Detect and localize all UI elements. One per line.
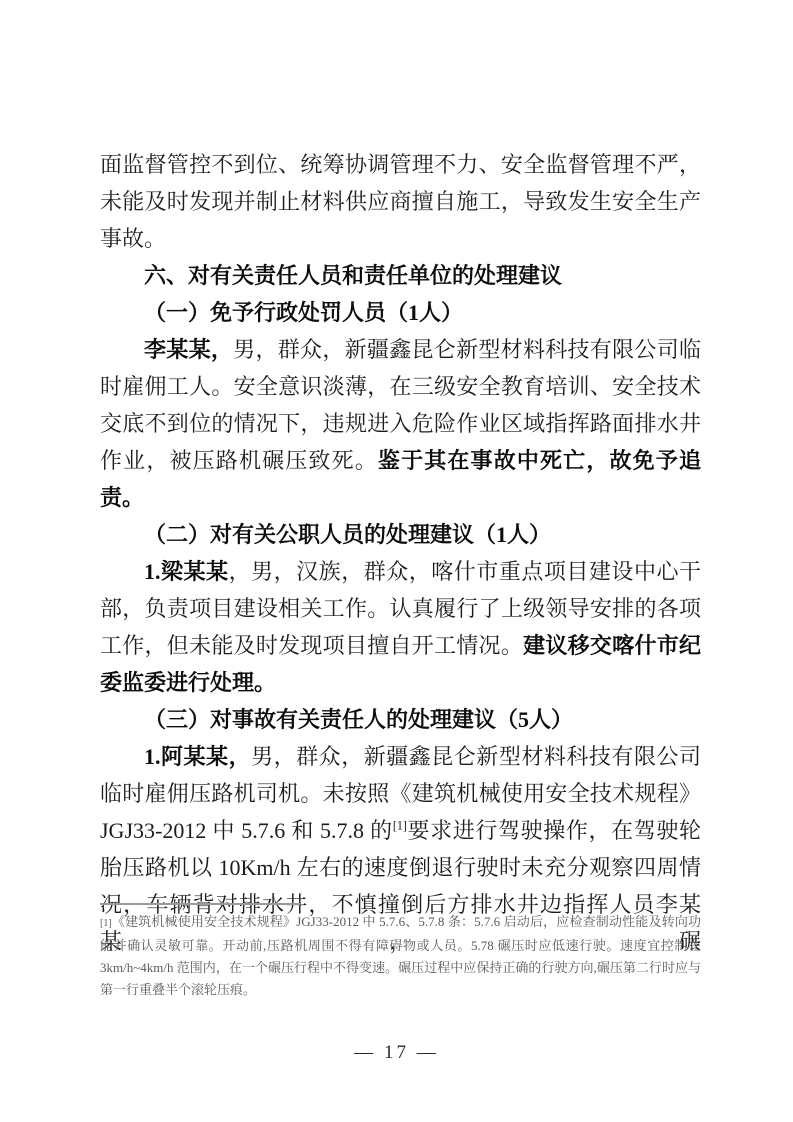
footnote-text: 《建筑机械使用安全技术规程》JGJ33-2012 中 5.7.6、5.7.8 条… (100, 914, 701, 997)
footnote-area: [1]《建筑机械使用安全技术规程》JGJ33-2012 中 5.7.6、5.7.… (100, 903, 701, 1001)
footnote-separator (100, 903, 300, 905)
document-page: 面监督管控不到位、统筹协调管理不力、安全监督管理不严，未能及时发现并制止材料供应… (0, 0, 793, 1122)
page-number: — 17 — (0, 1042, 793, 1064)
person-name: 1.阿某某， (144, 744, 251, 769)
paragraph-continuation: 面监督管控不到位、统筹协调管理不力、安全监督管理不严，未能及时发现并制止材料供应… (100, 146, 701, 257)
section-heading-six: 六、对有关责任人员和责任单位的处理建议 (100, 257, 701, 294)
subsection-heading-two: （二）对有关公职人员的处理建议（1人） (100, 516, 701, 553)
page-content: 面监督管控不到位、统筹协调管理不力、安全监督管理不严，未能及时发现并制止材料供应… (100, 146, 701, 960)
paragraph-li-moumou: 李某某，男，群众，新疆鑫昆仑新型材料科技有限公司临时雇佣工人。安全意识淡薄，在三… (100, 331, 701, 516)
person-name: 1.梁某某 (144, 559, 229, 584)
person-name: 李某某， (144, 337, 233, 362)
paragraph-liang-moumou: 1.梁某某，男，汉族，群众，喀什市重点项目建设中心干部，负责项目建设相关工作。认… (100, 553, 701, 701)
footnote-ref: [1] (393, 819, 407, 833)
subsection-heading-three: （三）对事故有关责任人的处理建议（5人） (100, 701, 701, 738)
footnote-marker: [1] (100, 918, 112, 929)
subsection-heading-one: （一）免予行政处罚人员（1人） (100, 294, 701, 331)
